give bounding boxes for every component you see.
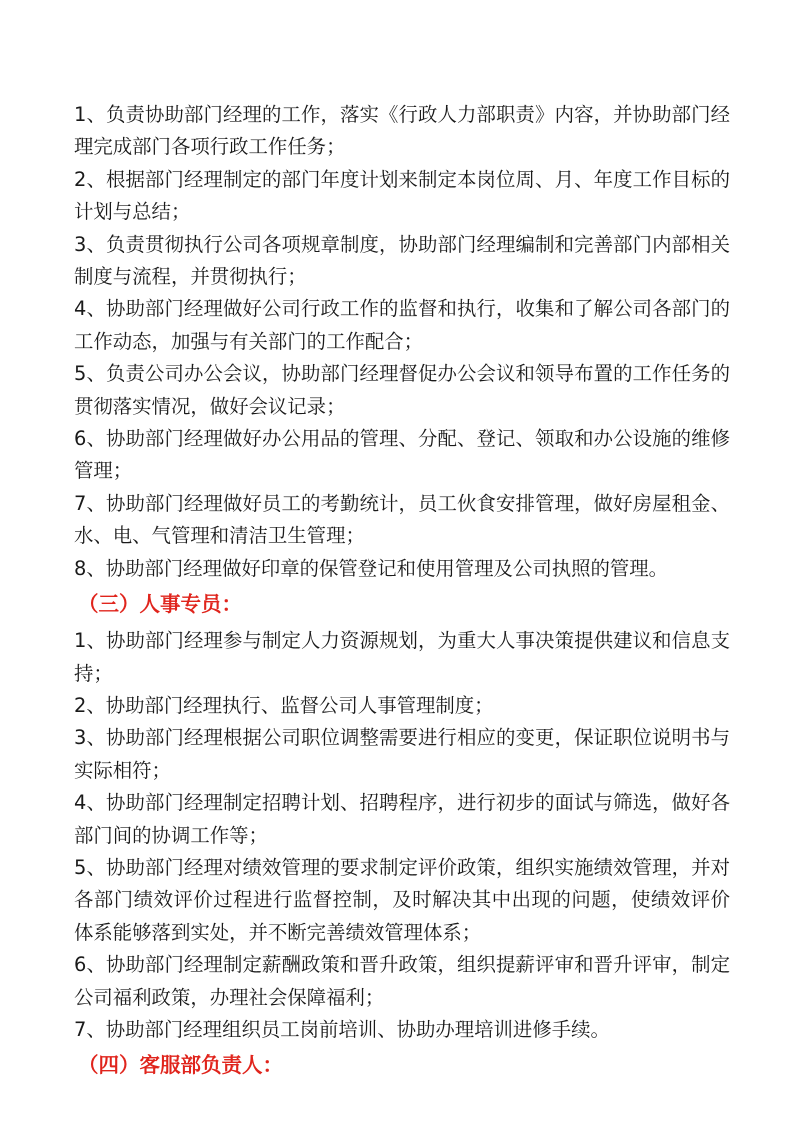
hr-item-5: 5、协助部门经理对绩效管理的要求制定评价政策，组织实施绩效管理，并对各部门绩效评… (74, 852, 730, 949)
hr-item-6: 6、协助部门经理制定薪酬政策和晋升政策，组织提薪评审和晋升评审，制定公司福利政策… (74, 949, 730, 1014)
admin-item-7: 7、协助部门经理做好员工的考勤统计，员工伙食安排管理，做好房屋租金、水、电、气管… (74, 488, 730, 553)
hr-item-7: 7、协助部门经理组织员工岗前培训、协助办理培训进修手续。 (74, 1014, 730, 1046)
admin-item-3: 3、负责贯彻执行公司各项规章制度，协助部门经理编制和完善部门内部相关制度与流程，… (74, 229, 730, 294)
admin-duties-list: 1、负责协助部门经理的工作，落实《行政人力部职责》内容，并协助部门经理完成部门各… (74, 99, 730, 585)
admin-item-8: 8、协助部门经理做好印章的保管登记和使用管理及公司执照的管理。 (74, 553, 730, 585)
admin-item-1: 1、负责协助部门经理的工作，落实《行政人力部职责》内容，并协助部门经理完成部门各… (74, 99, 730, 164)
hr-item-3: 3、协助部门经理根据公司职位调整需要进行相应的变更，保证职位说明书与实际相符； (74, 722, 730, 787)
admin-item-5: 5、负责公司办公会议，协助部门经理督促办公会议和领导布置的工作任务的贯彻落实情况… (74, 358, 730, 423)
hr-item-4: 4、协助部门经理制定招聘计划、招聘程序，进行初步的面试与筛选，做好各部门间的协调… (74, 787, 730, 852)
document-page: 1、负责协助部门经理的工作，落实《行政人力部职责》内容，并协助部门经理完成部门各… (74, 99, 730, 1086)
hr-specialist-heading: （三）人事专员： (74, 587, 730, 623)
admin-item-2: 2、根据部门经理制定的部门年度计划来制定本岗位周、月、年度工作目标的计划与总结； (74, 164, 730, 229)
hr-item-1: 1、协助部门经理参与制定人力资源规划，为重大人事决策提供建议和信息支持； (74, 625, 730, 690)
hr-duties-list: 1、协助部门经理参与制定人力资源规划，为重大人事决策提供建议和信息支持； 2、协… (74, 625, 730, 1046)
hr-item-2: 2、协助部门经理执行、监督公司人事管理制度； (74, 690, 730, 722)
customer-service-heading: （四）客服部负责人： (74, 1048, 730, 1084)
admin-item-4: 4、协助部门经理做好公司行政工作的监督和执行，收集和了解公司各部门的工作动态，加… (74, 293, 730, 358)
admin-item-6: 6、协助部门经理做好办公用品的管理、分配、登记、领取和办公设施的维修管理； (74, 423, 730, 488)
